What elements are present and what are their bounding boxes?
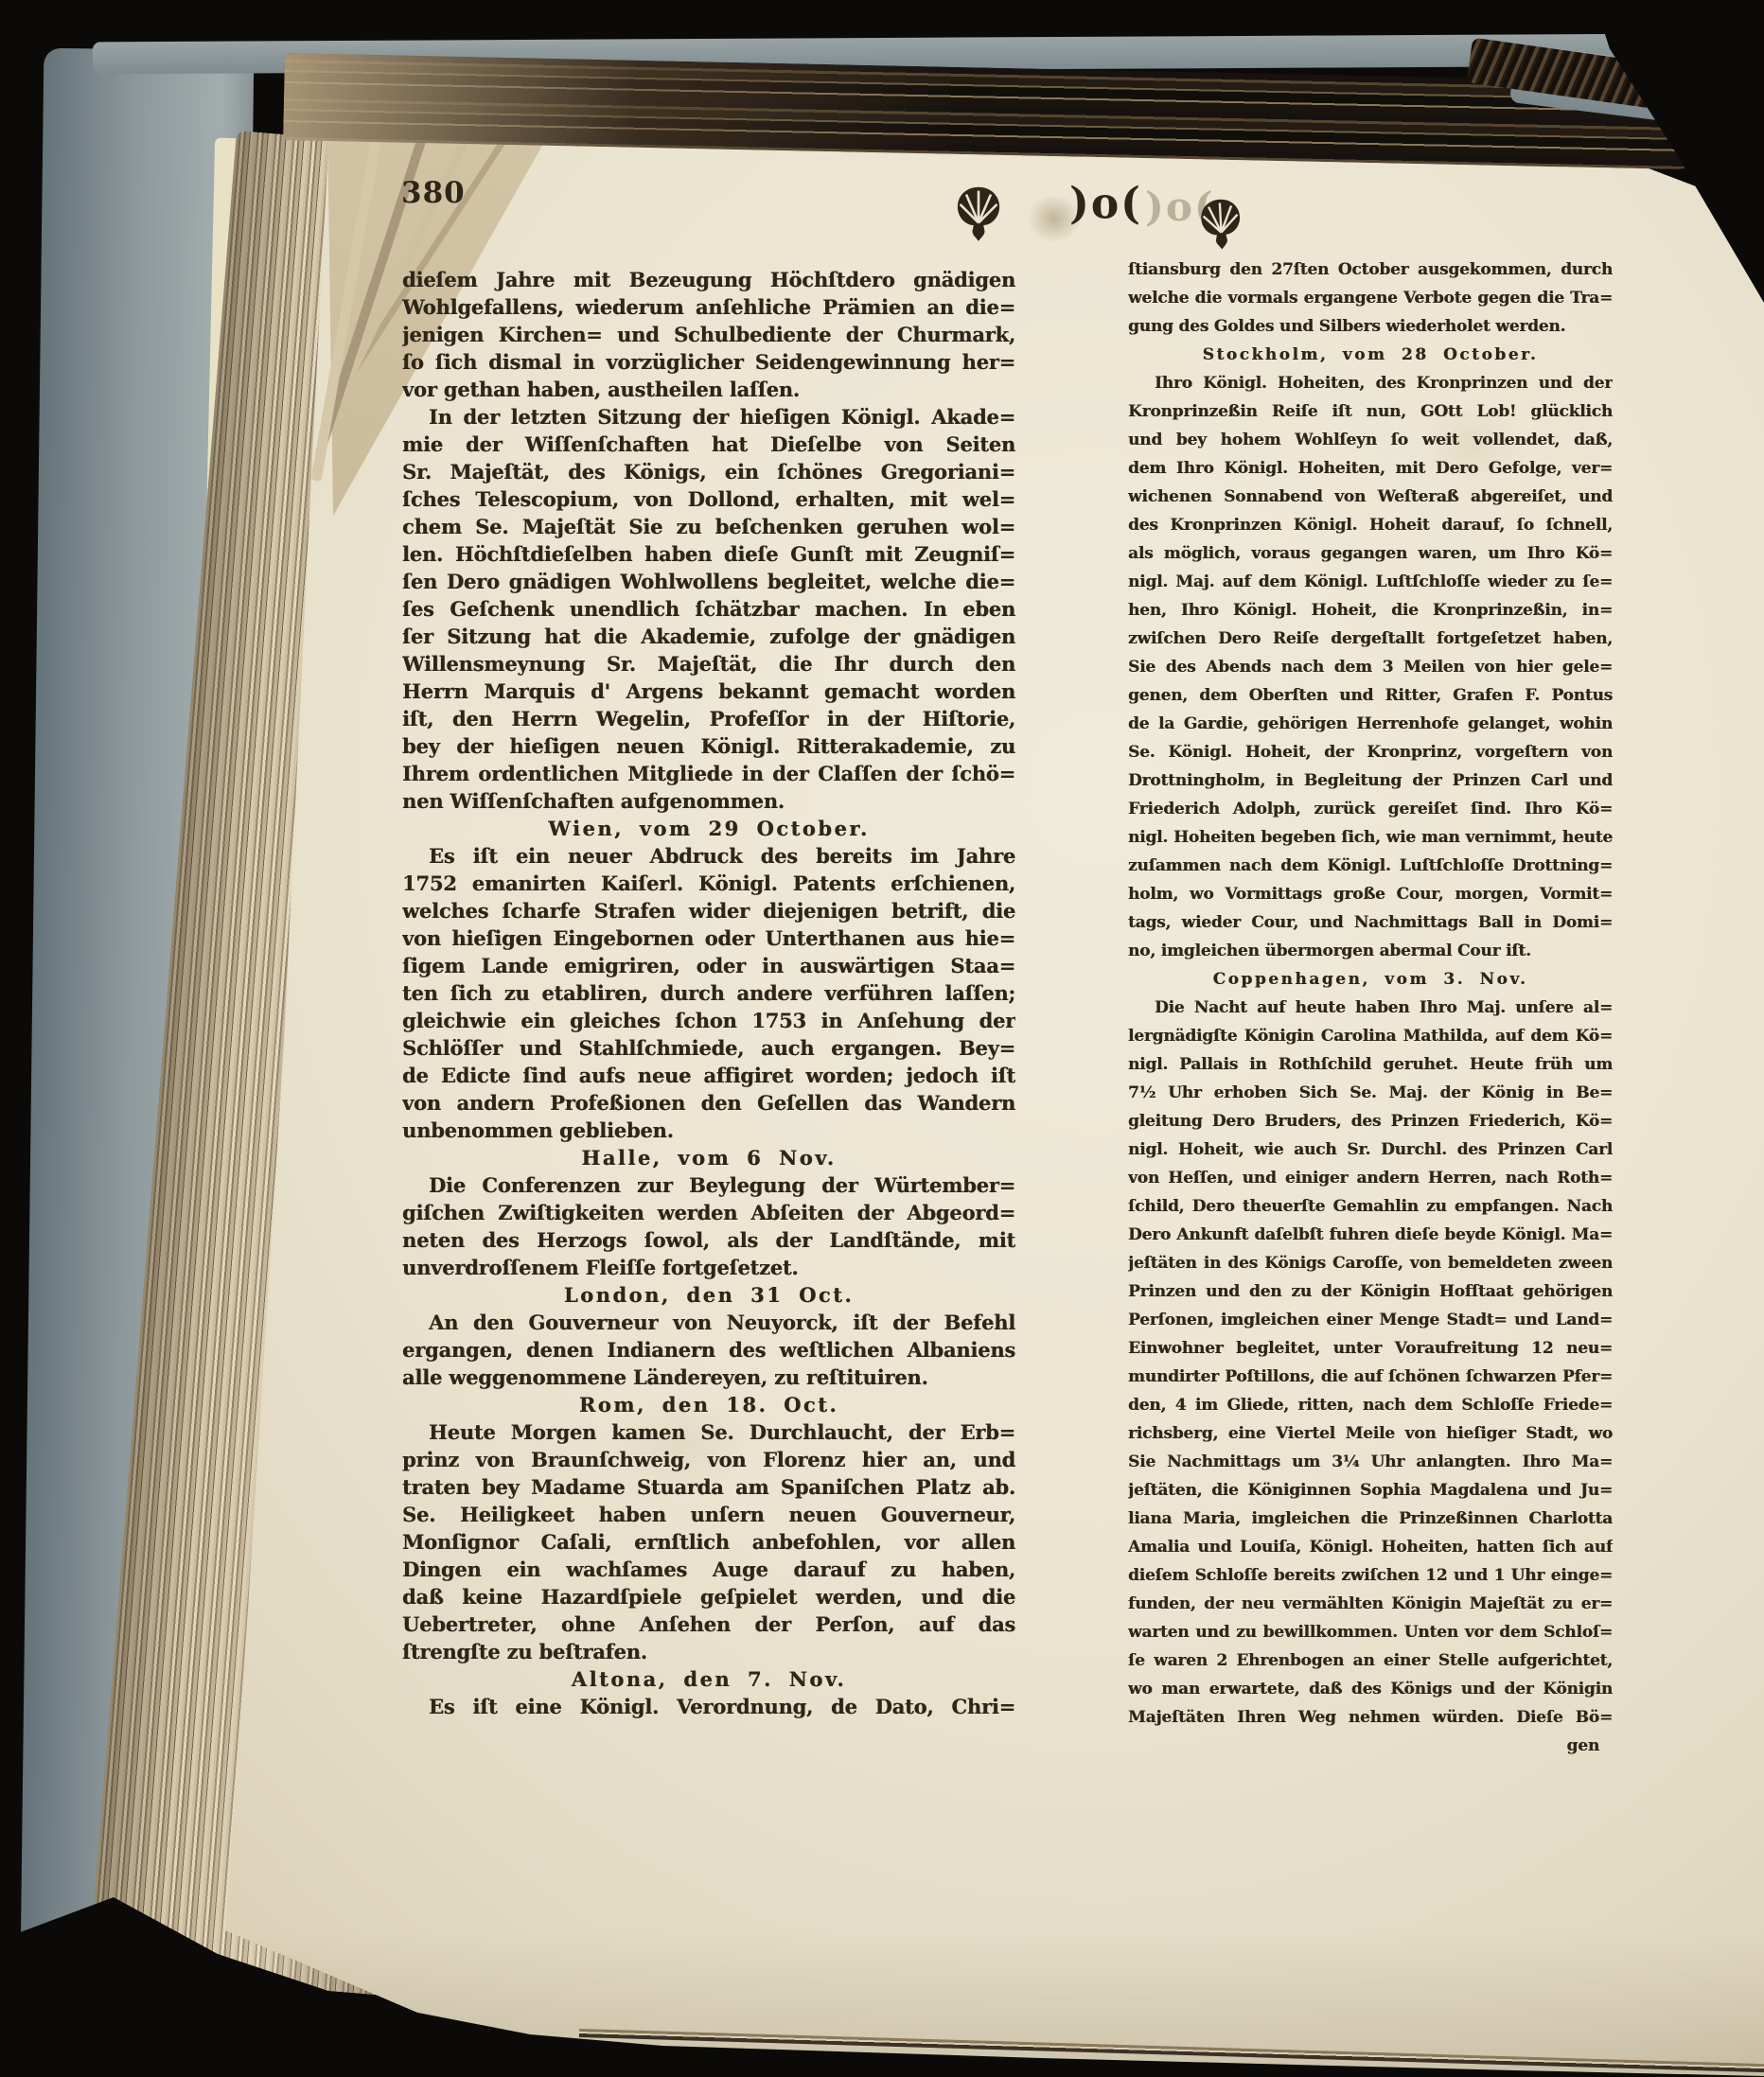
- text-line: gleitung Dero Bruders, des Prinzen Fried…: [1128, 1107, 1613, 1135]
- text-line: liana Maria, imgleichen die Prinzeßinnen…: [1128, 1505, 1613, 1533]
- text-line: als möglich, voraus gegangen waren, um I…: [1128, 539, 1613, 568]
- text-line: Kronprinzeßin Reiſe iſt nun, GOtt Lob! g…: [1128, 397, 1613, 426]
- text-line: ſigem Lande emigriren, oder in auswärtig…: [402, 952, 1015, 979]
- text-line: Die Nacht auf heute haben Ihro Maj. unſe…: [1128, 994, 1613, 1022]
- ornament-separator: )o(: [1069, 179, 1142, 230]
- text-line: daß keine Hazardſpiele geſpielet werden,…: [402, 1583, 1015, 1611]
- text-line: von andern Profeßionen den Geſellen das …: [402, 1089, 1015, 1117]
- text-line: giſchen Zwiſtigkeiten werden Abſeiten de…: [402, 1199, 1015, 1226]
- text-line: bey der hieſigen neuen Königl. Ritteraka…: [402, 732, 1015, 760]
- text-line: Sr. Majeſtät, des Königs, ein ſchönes Gr…: [402, 458, 1015, 485]
- text-line: dieſem Schloſſe bereits zwiſchen 12 und …: [1128, 1561, 1613, 1590]
- text-line: Sie Nachmittags um 3¼ Uhr anlangten. Ihr…: [1128, 1448, 1613, 1476]
- text-line: Altona, den 7. Nov.: [402, 1665, 1015, 1693]
- text-line: Einwohner begleitet, unter Voraufreitung…: [1128, 1334, 1613, 1363]
- text-line: Ihrem ordentlichen Mitgliede in der Claſ…: [402, 760, 1015, 787]
- text-line: von Heſſen, und einiger andern Herren, n…: [1128, 1164, 1613, 1192]
- text-line: Amalia und Louiſa, Königl. Hoheiten, hat…: [1128, 1533, 1613, 1561]
- text-line: ſtrengſte zu beſtrafen.: [402, 1638, 1015, 1665]
- text-line: gung des Goldes und Silbers wiederholet …: [1128, 312, 1613, 341]
- text-line: no, imgleichen übermorgen abermal Cour i…: [1128, 937, 1613, 965]
- text-line: traten bey Madame Stuarda am Spaniſchen …: [402, 1473, 1015, 1501]
- text-line: des Kronprinzen Königl. Hoheit darauf, ſ…: [1128, 511, 1613, 539]
- text-column-right: ſtiansburg den 27ſten October ausgekomme…: [1128, 255, 1613, 1760]
- text-line: nigl. Hoheiten begeben ſich, wie man ver…: [1128, 823, 1613, 852]
- text-line: tags, wieder Cour, und Nachmittags Ball …: [1128, 908, 1613, 937]
- text-line: ſtiansburg den 27ſten October ausgekomme…: [1128, 255, 1613, 284]
- book-photo: 380 )o( )o( di: [0, 0, 1764, 2077]
- text-line: Es iſt ein neuer Abdruck des bereits im …: [402, 842, 1015, 870]
- text-line: chem Se. Majeſtät Sie zu beſchenken geru…: [402, 513, 1015, 540]
- text-line: ſchild, Dero theuerſte Gemahlin zu empfa…: [1128, 1192, 1613, 1221]
- text-line: Prinzen und den zu der Königin Hofſtaat …: [1128, 1277, 1613, 1306]
- text-line: Dero Ankunft daſelbſt fuhren dieſe beyde…: [1128, 1221, 1613, 1249]
- text-line: Wohlgefallens, wiederum anſehliche Prämi…: [402, 293, 1015, 321]
- text-line: mundirter Poſtillons, die auf ſchönen ſc…: [1128, 1363, 1613, 1391]
- text-line: Se. Heiligkeet haben unſern neuen Gouver…: [402, 1501, 1015, 1528]
- text-line: ergangen, denen Indianern des weſtlichen…: [402, 1336, 1015, 1364]
- text-line: mie der Wiſſenſchaften hat Dieſelbe von …: [402, 431, 1015, 458]
- text-line: Sie des Abends nach dem 3 Meilen von hie…: [1128, 653, 1613, 681]
- text-line: jeſtäten, die Königinnen Sophia Magdalen…: [1128, 1476, 1613, 1505]
- text-line: funden, der neu vermählten Königin Majeſ…: [1128, 1590, 1613, 1618]
- text-line: Perſonen, imgleichen einer Menge Stadt= …: [1128, 1306, 1613, 1334]
- text-line: Drottningholm, in Begleitung der Prinzen…: [1128, 766, 1613, 795]
- text-line: ſe waren 2 Ehrenbogen an einer Stelle au…: [1128, 1646, 1613, 1675]
- text-line: zwiſchen Dero Reiſe dergeſtallt fortgeſe…: [1128, 625, 1613, 653]
- text-line: holm, wo Vormittags große Cour, morgen, …: [1128, 880, 1613, 908]
- text-line: welche die vormals ergangene Verbote geg…: [1128, 284, 1613, 312]
- text-line: wo man erwartete, daß des Königs und der…: [1128, 1675, 1613, 1703]
- text-line: warten und zu bewillkommen. Unten vor de…: [1128, 1618, 1613, 1646]
- text-line: dieſem Jahre mit Bezeugung Höchſtdero gn…: [402, 266, 1015, 293]
- text-line: ten ſich zu etabliren, durch andere verf…: [402, 979, 1015, 1007]
- text-line: jenigen Kirchen= und Schulbediente der C…: [402, 321, 1015, 348]
- text-line: neten des Herzogs ſowol, als der Landſtä…: [402, 1226, 1015, 1254]
- text-line: Heute Morgen kamen Se. Durchlaucht, der …: [402, 1418, 1015, 1446]
- text-line: jeſtäten in des Königs Caroſſe, von beme…: [1128, 1249, 1613, 1277]
- text-line: Coppenhagen, vom 3. Nov.: [1128, 965, 1613, 994]
- text-line: unverdroſſenem Fleiſſe fortgeſetzet.: [402, 1254, 1015, 1281]
- text-line: gen: [1128, 1732, 1613, 1760]
- text-line: genen, dem Oberſten und Ritter, Grafen F…: [1128, 681, 1613, 710]
- text-line: und bey hohem Wohlſeyn ſo weit vollendet…: [1128, 426, 1613, 454]
- text-line: ſen Dero gnädigen Wohlwollens begleitet,…: [402, 568, 1015, 595]
- text-line: dem Ihro Königl. Hoheiten, mit Dero Gefo…: [1128, 454, 1613, 483]
- text-line: hen, Ihro Königl. Hoheit, die Kronprinze…: [1128, 596, 1613, 625]
- text-line: lergnädigſte Königin Carolina Mathilda, …: [1128, 1022, 1613, 1050]
- text-line: Willensmeynung Sr. Majeſtät, die Ihr dur…: [402, 650, 1015, 678]
- shell-ornament-icon: [954, 184, 1003, 242]
- text-line: Wien, vom 29 October.: [402, 815, 1015, 842]
- text-line: vor gethan haben, austheilen laſſen.: [402, 376, 1015, 403]
- text-line: In der letzten Sitzung der hieſigen Köni…: [402, 403, 1015, 431]
- text-line: ſes Geſchenk unendlich ſchätzbar machen.…: [402, 595, 1015, 623]
- text-line: nigl. Pallais in Rothſchild geruhet. Heu…: [1128, 1050, 1613, 1079]
- text-line: 7½ Uhr erhoben Sich Se. Maj. der König i…: [1128, 1079, 1613, 1107]
- text-line: Se. Königl. Hoheit, der Kronprinz, vorge…: [1128, 738, 1613, 766]
- text-line: ſches Telescopium, von Dollond, erhalten…: [402, 485, 1015, 513]
- text-line: Halle, vom 6 Nov.: [402, 1144, 1015, 1171]
- text-line: Ihro Königl. Hoheiten, des Kronprinzen u…: [1128, 369, 1613, 397]
- page-number: 380: [401, 176, 466, 210]
- text-line: wichenen Sonnabend von Weſteraß abgereiſ…: [1128, 483, 1613, 511]
- text-line: nigl. Maj. auf dem Königl. Luſtſchloſſe …: [1128, 568, 1613, 596]
- text-line: Schlöſſer und Stahlſchmiede, auch ergang…: [402, 1034, 1015, 1062]
- text-line: prinz von Braunſchweig, von Florenz hier…: [402, 1446, 1015, 1473]
- text-line: iſt, den Herrn Wegelin, Profeſſor in der…: [402, 705, 1015, 732]
- text-line: de la Gardie, gehörigen Herrenhofe gelan…: [1128, 710, 1613, 738]
- text-line: Es iſt eine Königl. Verordnung, de Dato,…: [402, 1693, 1015, 1720]
- text-line: Die Conferenzen zur Beylegung der Würtem…: [402, 1171, 1015, 1199]
- text-line: London, den 31 Oct.: [402, 1281, 1015, 1309]
- text-line: 1752 emanirten Kaiſerl. Königl. Patents …: [402, 870, 1015, 897]
- text-line: Dingen ein wachſames Auge darauf zu habe…: [402, 1556, 1015, 1583]
- text-column-left: dieſem Jahre mit Bezeugung Höchſtdero gn…: [402, 266, 1015, 1720]
- shell-ornament-icon: [1197, 196, 1245, 251]
- text-line: nen Wiſſenſchaften aufgenommen.: [402, 787, 1015, 815]
- text-line: unbenommen geblieben.: [402, 1117, 1015, 1144]
- text-line: len. Höchſtdieſelben haben dieſe Gunſt m…: [402, 540, 1015, 568]
- text-line: Friederich Adolph, zurück gereiſet ſind.…: [1128, 795, 1613, 823]
- text-line: ſo ſich dismal in vorzüglicher Seidengew…: [402, 348, 1015, 376]
- text-line: An den Gouverneur von Neuyorck, iſt der …: [402, 1309, 1015, 1336]
- text-line: welches ſcharfe Strafen wider diejenigen…: [402, 897, 1015, 924]
- text-line: ſer Sitzung hat die Akademie, zufolge de…: [402, 623, 1015, 650]
- text-line: Stockholm, vom 28 October.: [1128, 341, 1613, 369]
- text-line: Uebertreter, ohne Anſehen der Perſon, au…: [402, 1611, 1015, 1638]
- text-line: nigl. Hoheit, wie auch Sr. Durchl. des P…: [1128, 1135, 1613, 1164]
- text-line: den, 4 im Gliede, ritten, nach dem Schlo…: [1128, 1391, 1613, 1419]
- text-line: de Edicte ſind aufs neue affigiret worde…: [402, 1062, 1015, 1089]
- text-line: zuſammen nach dem Königl. Luſtſchloſſe D…: [1128, 852, 1613, 880]
- text-line: Rom, den 18. Oct.: [402, 1391, 1015, 1418]
- text-line: von hieſigen Eingebornen oder Unterthane…: [402, 924, 1015, 952]
- text-line: richsberg, eine Viertel Meile von hieſig…: [1128, 1419, 1613, 1448]
- text-line: Herrn Marquis d' Argens bekannt gemacht …: [402, 678, 1015, 705]
- text-line: Majeſtäten Ihren Weg nehmen würden. Dieſ…: [1128, 1703, 1613, 1732]
- text-line: Monſignor Caſali, ernſtlich anbefohlen, …: [402, 1528, 1015, 1556]
- text-line: gleichwie ein gleiches ſchon 1753 in Anſ…: [402, 1007, 1015, 1034]
- text-line: alle weggenommene Ländereyen, zu reſtitu…: [402, 1364, 1015, 1391]
